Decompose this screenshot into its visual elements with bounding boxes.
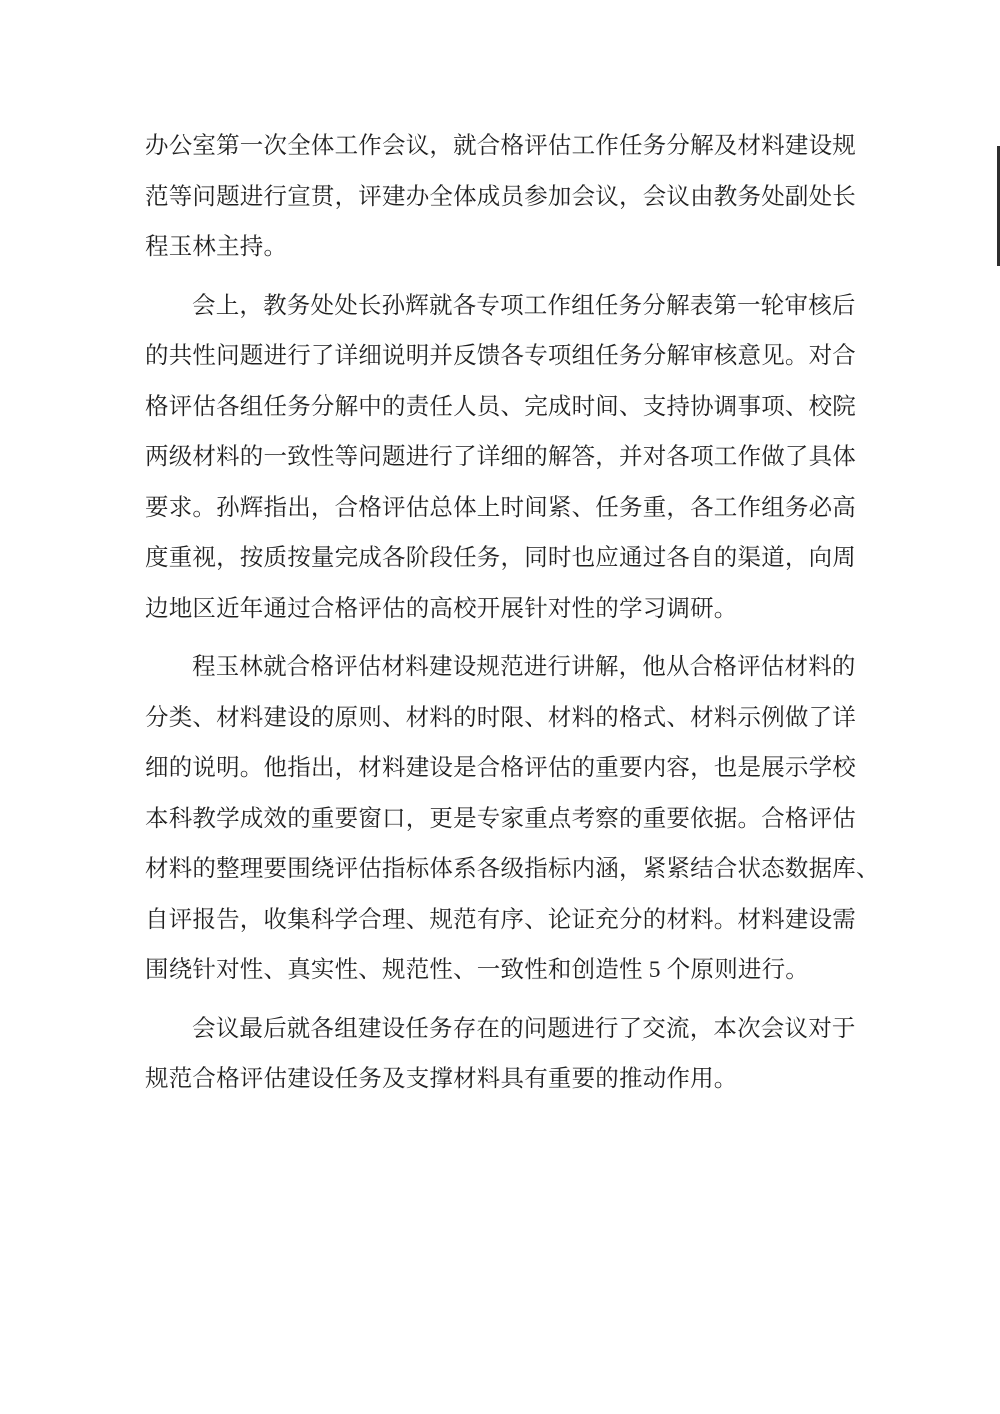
document-page: 办公室第一次全体工作会议，就合格评估工作任务分解及材料建设规范等问题进行宣贯，评… — [0, 0, 1000, 1414]
text-line: 两级材料的一致性等问题进行了详细的解答，并对各项工作做了具体 — [145, 432, 861, 483]
text-line: 格评估各组任务分解中的责任人员、完成时间、支持协调事项、校院 — [145, 382, 861, 433]
text-line: 材料的整理要围绕评估指标体系各级指标内涵，紧紧结合状态数据库、 — [145, 844, 861, 895]
paragraph: 会议最后就各组建设任务存在的问题进行了交流，本次会议对于规范合格评估建设任务及支… — [145, 1004, 861, 1105]
text-line: 程玉林主持。 — [145, 222, 861, 273]
text-line: 分类、材料建设的原则、材料的时限、材料的格式、材料示例做了详 — [145, 693, 861, 744]
text-line: 会上，教务处处长孙辉就各专项工作组任务分解表第一轮审核后 — [145, 281, 861, 332]
text-line: 围绕针对性、真实性、规范性、一致性和创造性 5 个原则进行。 — [145, 945, 861, 996]
paragraph: 程玉林就合格评估材料建设规范进行讲解，他从合格评估材料的分类、材料建设的原则、材… — [145, 642, 861, 996]
text-line: 要求。孙辉指出，合格评估总体上时间紧、任务重，各工作组务必高 — [145, 483, 861, 534]
text-line: 自评报告，收集科学合理、规范有序、论证充分的材料。材料建设需 — [145, 895, 861, 946]
text-line: 边地区近年通过合格评估的高校开展针对性的学习调研。 — [145, 584, 861, 635]
text-line: 细的说明。他指出，材料建设是合格评估的重要内容，也是展示学校 — [145, 743, 861, 794]
document-body: 办公室第一次全体工作会议，就合格评估工作任务分解及材料建设规范等问题进行宣贯，评… — [145, 121, 861, 1113]
text-line: 的共性问题进行了详细说明并反馈各专项组任务分解审核意见。对合 — [145, 331, 861, 382]
text-line: 程玉林就合格评估材料建设规范进行讲解，他从合格评估材料的 — [145, 642, 861, 693]
text-line: 办公室第一次全体工作会议，就合格评估工作任务分解及材料建设规 — [145, 121, 861, 172]
text-line: 会议最后就各组建设任务存在的问题进行了交流，本次会议对于 — [145, 1004, 861, 1055]
paragraph: 会上，教务处处长孙辉就各专项工作组任务分解表第一轮审核后的共性问题进行了详细说明… — [145, 281, 861, 635]
text-line: 度重视，按质按量完成各阶段任务，同时也应通过各自的渠道，向周 — [145, 533, 861, 584]
text-line: 规范合格评估建设任务及支撑材料具有重要的推动作用。 — [145, 1054, 861, 1105]
text-line: 本科教学成效的重要窗口，更是专家重点考察的重要依据。合格评估 — [145, 794, 861, 845]
paragraph: 办公室第一次全体工作会议，就合格评估工作任务分解及材料建设规范等问题进行宣贯，评… — [145, 121, 861, 273]
text-line: 范等问题进行宣贯，评建办全体成员参加会议，会议由教务处副处长 — [145, 172, 861, 223]
